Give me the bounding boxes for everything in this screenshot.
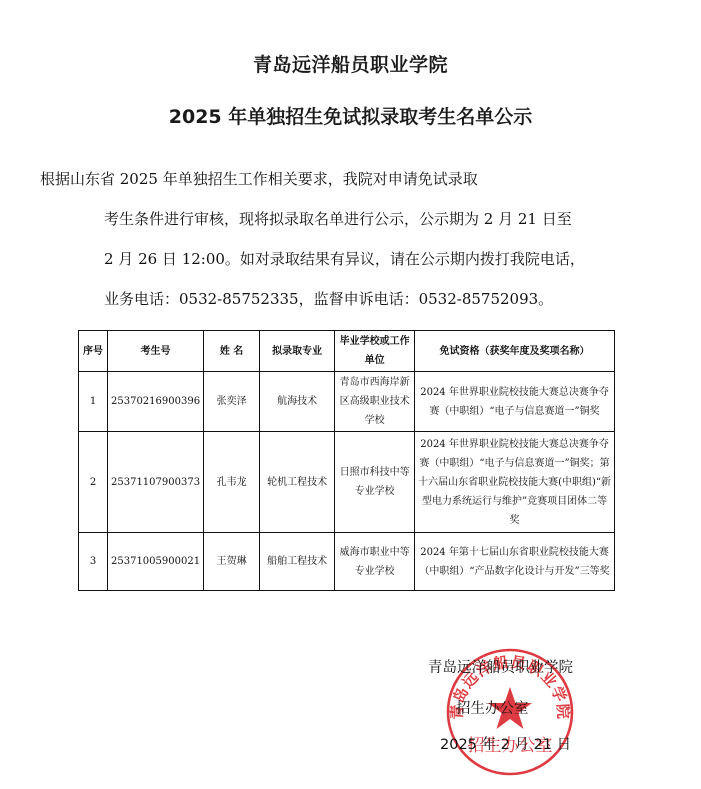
header-no: 序号 bbox=[79, 331, 108, 372]
table-row: 1 25370216900396 张奕泽 航海技术 青岛市西海岸新区高级职业技术… bbox=[79, 372, 615, 432]
notice-line-2: 考生条件进行审核，现将拟录取名单进行公示，公示期为 2 月 21 日至 bbox=[104, 208, 572, 229]
cell-school: 青岛市西海岸新区高级职业技术学校 bbox=[335, 372, 415, 432]
admission-list-table: 序号 考生号 姓 名 拟录取专业 毕业学校或工作单位 免试资格（获奖年度及奖项名… bbox=[78, 330, 615, 591]
cell-major: 船舶工程技术 bbox=[260, 533, 335, 591]
table-row: 3 25371005900021 王贺琳 船舶工程技术 威海市职业中等专业学校 … bbox=[79, 533, 615, 591]
cell-name: 孔韦龙 bbox=[204, 432, 260, 533]
header-exam-id: 考生号 bbox=[108, 331, 204, 372]
notice-line-1: 根据山东省 2025 年单独招生工作相关要求，我院对申请免试录取 bbox=[40, 168, 478, 189]
cell-qualification: 2024 年世界职业院校技能大赛总决赛争夺赛（中职组）“电子与信息赛道一”铜奖 bbox=[415, 372, 615, 432]
institution-title: 青岛远洋船员职业学院 bbox=[0, 50, 701, 77]
signature-institution: 青岛远洋船员职业学院 bbox=[428, 656, 573, 677]
cell-school: 威海市职业中等专业学校 bbox=[335, 533, 415, 591]
cell-exam-id: 25371107900373 bbox=[108, 432, 204, 533]
notice-line-4: 业务电话：0532-85752335，监督申诉电话：0532-85752093。 bbox=[104, 288, 553, 309]
header-school: 毕业学校或工作单位 bbox=[335, 331, 415, 372]
signature-office: 招生办公室 bbox=[456, 697, 529, 718]
cell-major: 航海技术 bbox=[260, 372, 335, 432]
signature-date: 2025 年 2 月 21 日 bbox=[440, 733, 571, 754]
cell-exam-id: 25370216900396 bbox=[108, 372, 204, 432]
cell-school: 日照市科技中等专业学校 bbox=[335, 432, 415, 533]
cell-qualification: 2024 年世界职业院校技能大赛总决赛争夺赛（中职组）“电子与信息赛道一”铜奖；… bbox=[415, 432, 615, 533]
cell-name: 王贺琳 bbox=[204, 533, 260, 591]
cell-exam-id: 25371005900021 bbox=[108, 533, 204, 591]
cell-no: 2 bbox=[79, 432, 108, 533]
notice-line-3: 2 月 26 日 12:00。如对录取结果有异议，请在公示期内拨打我院电话， bbox=[104, 248, 585, 269]
table-header-row: 序号 考生号 姓 名 拟录取专业 毕业学校或工作单位 免试资格（获奖年度及奖项名… bbox=[79, 331, 615, 372]
cell-major: 轮机工程技术 bbox=[260, 432, 335, 533]
header-name: 姓 名 bbox=[204, 331, 260, 372]
header-major: 拟录取专业 bbox=[260, 331, 335, 372]
header-qualification: 免试资格（获奖年度及奖项名称） bbox=[415, 331, 615, 372]
cell-qualification: 2024 年第十七届山东省职业院校技能大赛（中职组）“产品数字化设计与开发”三等… bbox=[415, 533, 615, 591]
notice-title: 2025 年单独招生免试拟录取考生名单公示 bbox=[0, 102, 701, 129]
table-row: 2 25371107900373 孔韦龙 轮机工程技术 日照市科技中等专业学校 … bbox=[79, 432, 615, 533]
cell-no: 3 bbox=[79, 533, 108, 591]
cell-name: 张奕泽 bbox=[204, 372, 260, 432]
cell-no: 1 bbox=[79, 372, 108, 432]
